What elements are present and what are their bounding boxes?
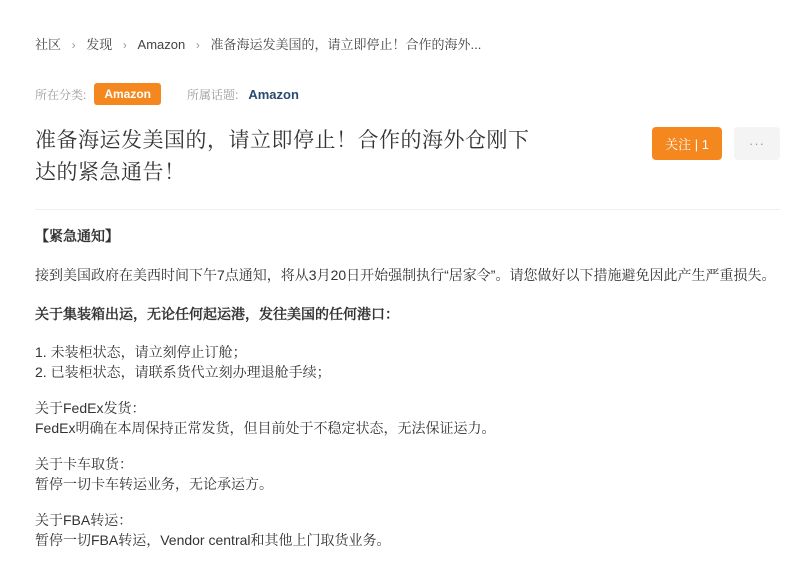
post-meta-row: 所在分类: Amazon 所属话题: Amazon	[35, 83, 780, 105]
notice-heading-block: 【紧急通知】	[35, 225, 780, 248]
breadcrumb-item-community[interactable]: 社区	[35, 37, 61, 52]
breadcrumb-separator-icon: ›	[196, 38, 200, 52]
more-options-button[interactable]: ···	[734, 127, 780, 160]
intro-paragraph: 接到美国政府在美西时间下午7点通知，将从3月20日开始强制执行“居家令”。请您做…	[35, 267, 775, 283]
breadcrumb-item-discover[interactable]: 发现	[86, 37, 112, 52]
post-title: 准备海运发美国的，请立即停止！合作的海外仓刚下达的紧急通告！	[35, 125, 540, 189]
breadcrumb-separator-icon: ›	[123, 38, 127, 52]
topic-link[interactable]: Amazon	[248, 87, 299, 102]
container-section-heading: 关于集装箱出运，无论任何起运港，发往美国的任何港口：	[35, 306, 399, 322]
container-list-item-1: 1. 未装柜状态，请立刻停止订舱；	[35, 342, 780, 362]
topic-label: 所属话题:	[187, 86, 238, 103]
post-page: 社区 › 发现 › Amazon › 准备海运发美国的，请立即停止！合作的海外.…	[0, 0, 800, 562]
breadcrumb: 社区 › 发现 › Amazon › 准备海运发美国的，请立即停止！合作的海外.…	[35, 34, 780, 53]
title-row: 准备海运发美国的，请立即停止！合作的海外仓刚下达的紧急通告！ 关注 | 1 ··…	[35, 125, 780, 189]
fba-section-text: 暂停一切FBA转运，Vendor central和其他上门取货业务。	[35, 530, 780, 550]
header-divider	[35, 209, 780, 210]
notice-heading: 【紧急通知】	[35, 228, 119, 244]
fba-section-heading: 关于FBA转运：	[35, 510, 780, 530]
container-list-item-2: 2. 已装柜状态，请联系货代立刻办理退舱手续；	[35, 362, 780, 382]
category-badge[interactable]: Amazon	[94, 83, 161, 105]
breadcrumb-item-current: 准备海运发美国的，请立即停止！合作的海外...	[210, 37, 481, 52]
truck-section-heading: 关于卡车取货：	[35, 454, 780, 474]
breadcrumb-separator-icon: ›	[72, 38, 76, 52]
truck-section-text: 暂停一切卡车转运业务，无论承运方。	[35, 474, 780, 494]
post-actions: 关注 | 1 ···	[652, 127, 780, 160]
category-label: 所在分类:	[35, 86, 86, 103]
follow-button[interactable]: 关注 | 1	[652, 127, 722, 160]
container-section-heading-block: 关于集装箱出运，无论任何起运港，发往美国的任何港口：	[35, 303, 780, 326]
fedex-section-text: FedEx明确在本周保持正常发货，但目前处于不稳定状态，无法保证运力。	[35, 418, 780, 438]
fedex-section-heading: 关于FedEx发货：	[35, 398, 780, 418]
breadcrumb-item-amazon[interactable]: Amazon	[138, 37, 186, 52]
post-body: 【紧急通知】 接到美国政府在美西时间下午7点通知，将从3月20日开始强制执行“居…	[35, 225, 780, 550]
intro-paragraph-block: 接到美国政府在美西时间下午7点通知，将从3月20日开始强制执行“居家令”。请您做…	[35, 264, 780, 287]
